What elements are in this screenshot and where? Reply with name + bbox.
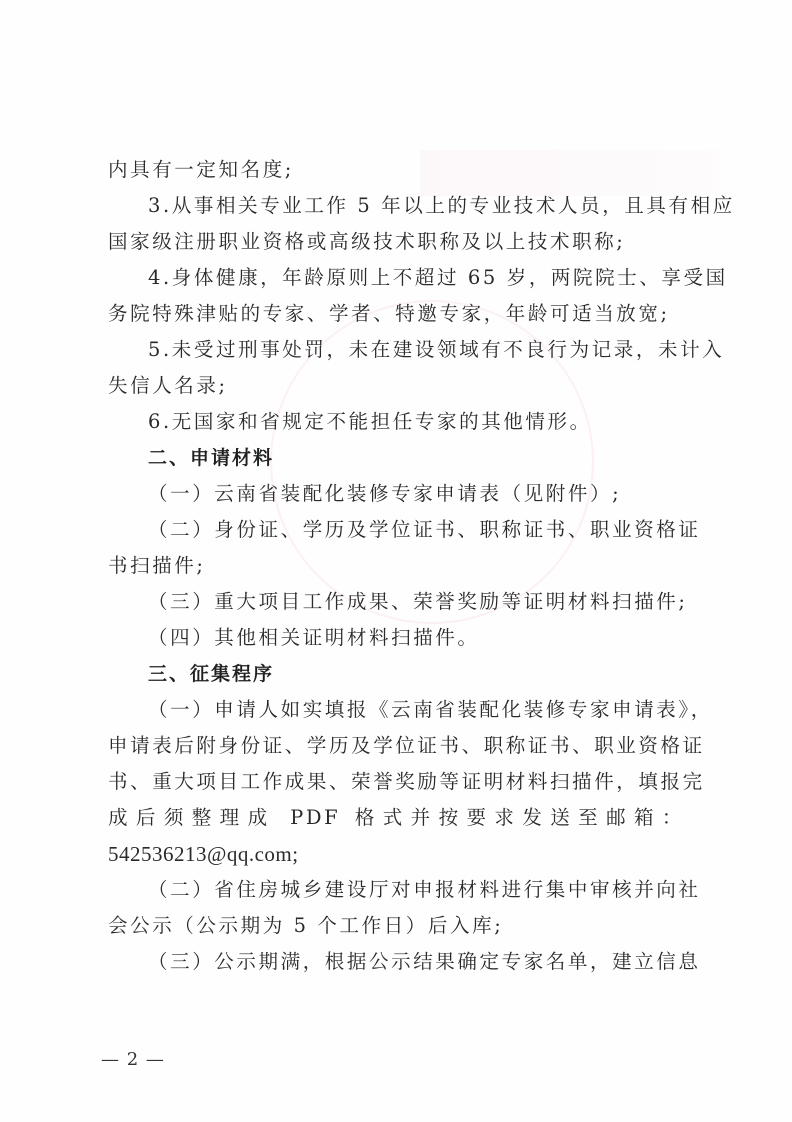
procedure-item-3: （三）公示期满，根据公示结果确定专家名单，建立信息 bbox=[108, 944, 684, 980]
procedure-item-1: （一）申请人如实填报《云南省装配化装修专家申请表》， bbox=[108, 692, 684, 728]
materials-item-2-continuation: 书扫描件; bbox=[108, 548, 684, 584]
criteria-6: 6.无国家和省规定不能担任专家的其他情形。 bbox=[108, 404, 684, 440]
criteria-2-continuation: 内具有一定知名度; bbox=[108, 152, 684, 188]
criteria-3: 3.从事相关专业工作 5 年以上的专业技术人员，且具有相应 bbox=[108, 188, 684, 224]
materials-item-3: （三）重大项目工作成果、荣誉奖励等证明材料扫描件; bbox=[108, 584, 684, 620]
document-body: 内具有一定知名度; 3.从事相关专业工作 5 年以上的专业技术人员，且具有相应 … bbox=[108, 152, 684, 980]
materials-item-2: （二）身份证、学历及学位证书、职称证书、职业资格证 bbox=[108, 512, 684, 548]
document-page: 内具有一定知名度; 3.从事相关专业工作 5 年以上的专业技术人员，且具有相应 … bbox=[0, 0, 792, 1122]
section-heading-application-materials: 二、申请材料 bbox=[108, 440, 684, 476]
procedure-item-2: （二）省住房城乡建设厅对申报材料进行集中审核并向社 bbox=[108, 872, 684, 908]
procedure-item-1-line-4: 成后须整理成 PDF 格式并按要求发送至邮箱： bbox=[108, 800, 684, 836]
submission-email: 542536213@qq.com; bbox=[108, 836, 684, 872]
materials-item-4: （四）其他相关证明材料扫描件。 bbox=[108, 620, 684, 656]
criteria-5: 5.未受过刑事处罚，未在建设领域有不良行为记录，未计入 bbox=[108, 332, 684, 368]
criteria-4: 4.身体健康，年龄原则上不超过 65 岁，两院院士、享受国 bbox=[108, 260, 684, 296]
procedure-item-1-line-2: 申请表后附身份证、学历及学位证书、职称证书、职业资格证 bbox=[108, 728, 684, 764]
procedure-item-2-continuation: 会公示（公示期为 5 个工作日）后入库; bbox=[108, 908, 684, 944]
page-number: — 2 — bbox=[101, 1049, 165, 1070]
criteria-5-continuation: 失信人名录; bbox=[108, 368, 684, 404]
section-heading-collection-procedure: 三、征集程序 bbox=[108, 656, 684, 692]
materials-item-1: （一）云南省装配化装修专家申请表（见附件）; bbox=[108, 476, 684, 512]
procedure-item-1-line-3: 书、重大项目工作成果、荣誉奖励等证明材料扫描件，填报完 bbox=[108, 764, 684, 800]
criteria-3-continuation: 国家级注册职业资格或高级技术职称及以上技术职称; bbox=[108, 224, 684, 260]
criteria-4-continuation: 务院特殊津贴的专家、学者、特邀专家，年龄可适当放宽; bbox=[108, 296, 684, 332]
